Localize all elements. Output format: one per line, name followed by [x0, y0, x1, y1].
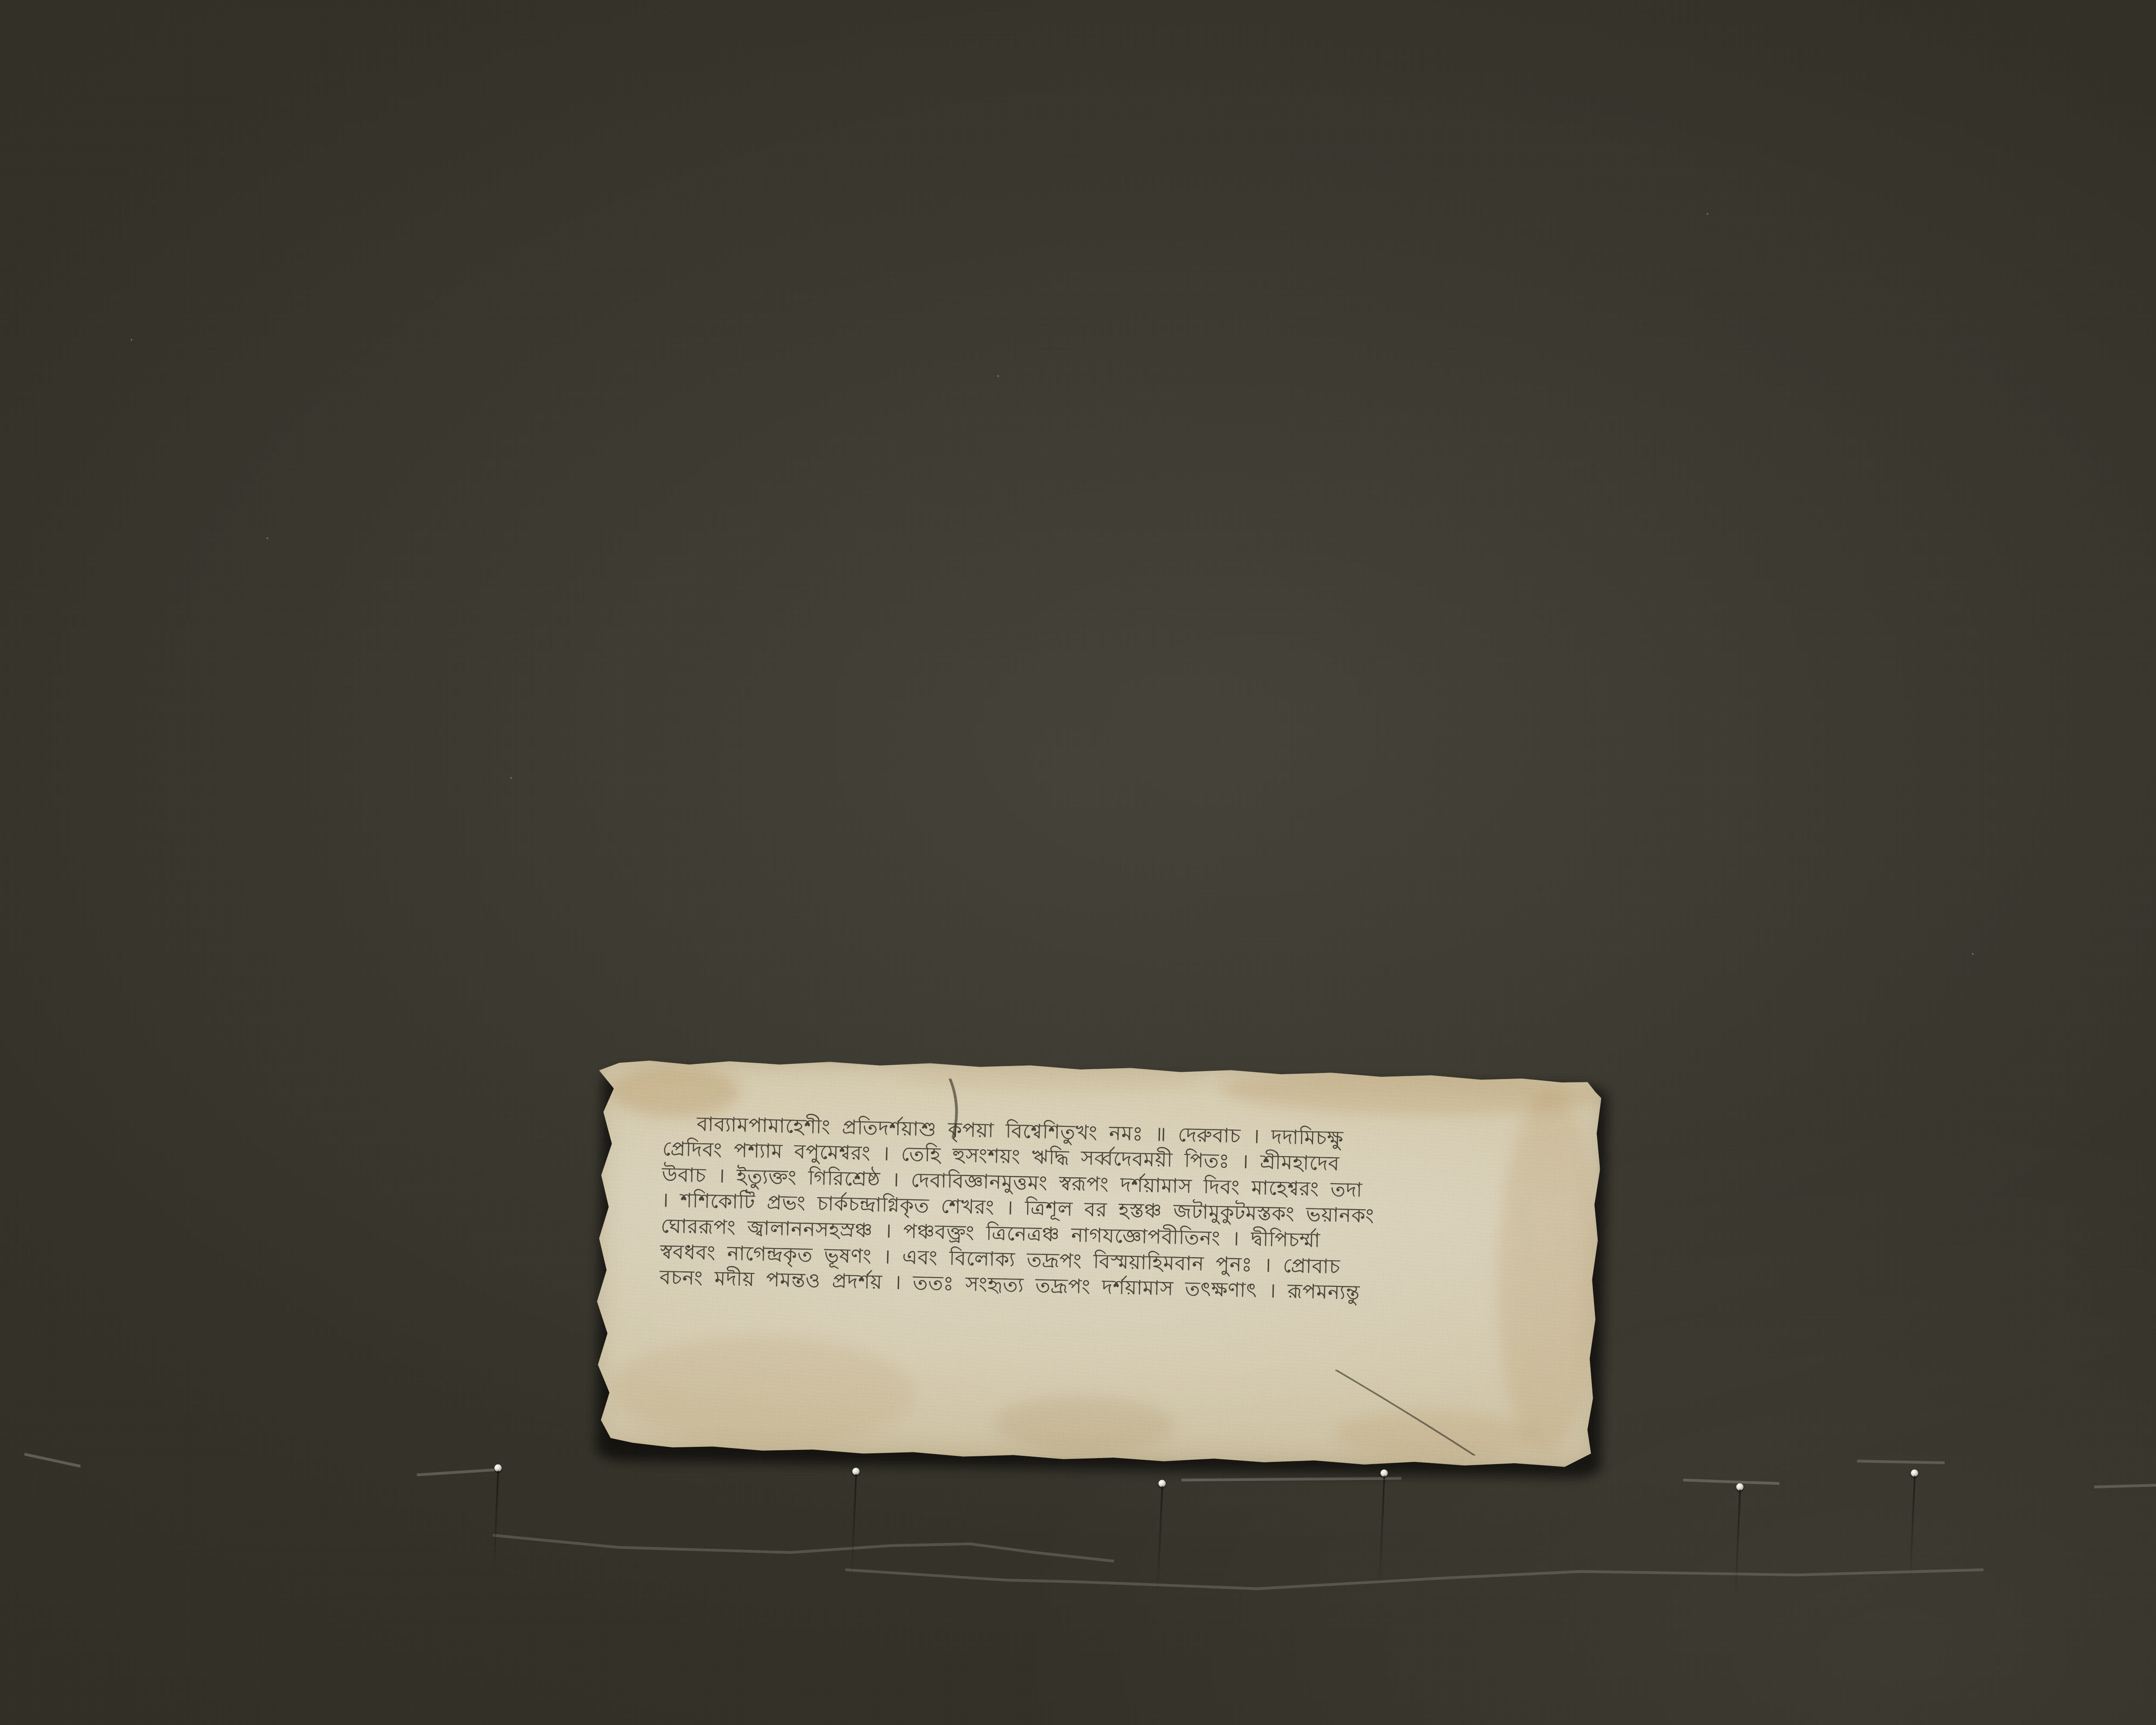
- scratch-line: [493, 1535, 1114, 1561]
- dust-speck: [1707, 213, 1708, 215]
- ink-flourish-stroke: [949, 1079, 957, 1138]
- dust-speck: [131, 339, 132, 341]
- manuscript-leaf: বাব্যামপামাহেশীং প্রতিদর্শয়াশু কৃপয়া ব…: [592, 1057, 1602, 1469]
- scratch-line: [1857, 1461, 1945, 1463]
- dust-speck: [510, 777, 512, 779]
- manuscript-paper: বাব্যামপামাহেশীং প্রতিদর্শয়াশু কৃপয়া ব…: [592, 1057, 1602, 1469]
- scratch-line: [1181, 1478, 1401, 1480]
- push-pin: [1911, 1470, 1918, 1477]
- manuscript-photo: বাব্যামপামাহেশীং প্রতিদর্শয়াশু কৃপয়া ব…: [0, 0, 2156, 1725]
- dust-speck: [266, 537, 268, 539]
- push-pin: [1159, 1480, 1166, 1487]
- push-pin: [1381, 1470, 1388, 1477]
- push-pin: [1736, 1483, 1744, 1491]
- push-pin: [495, 1465, 502, 1472]
- scratch-line: [25, 1454, 81, 1466]
- dust-speck: [997, 375, 999, 377]
- push-pin: [852, 1468, 860, 1475]
- scratch-line: [2094, 1485, 2156, 1487]
- scratch-line: [845, 1570, 1984, 1589]
- scratch-line: [417, 1470, 498, 1475]
- ink-flourish-stroke: [1334, 1370, 1476, 1455]
- ink-flourishes: [592, 1057, 1602, 1469]
- dust-speck: [1972, 953, 1974, 955]
- scratch-line: [1683, 1480, 1779, 1483]
